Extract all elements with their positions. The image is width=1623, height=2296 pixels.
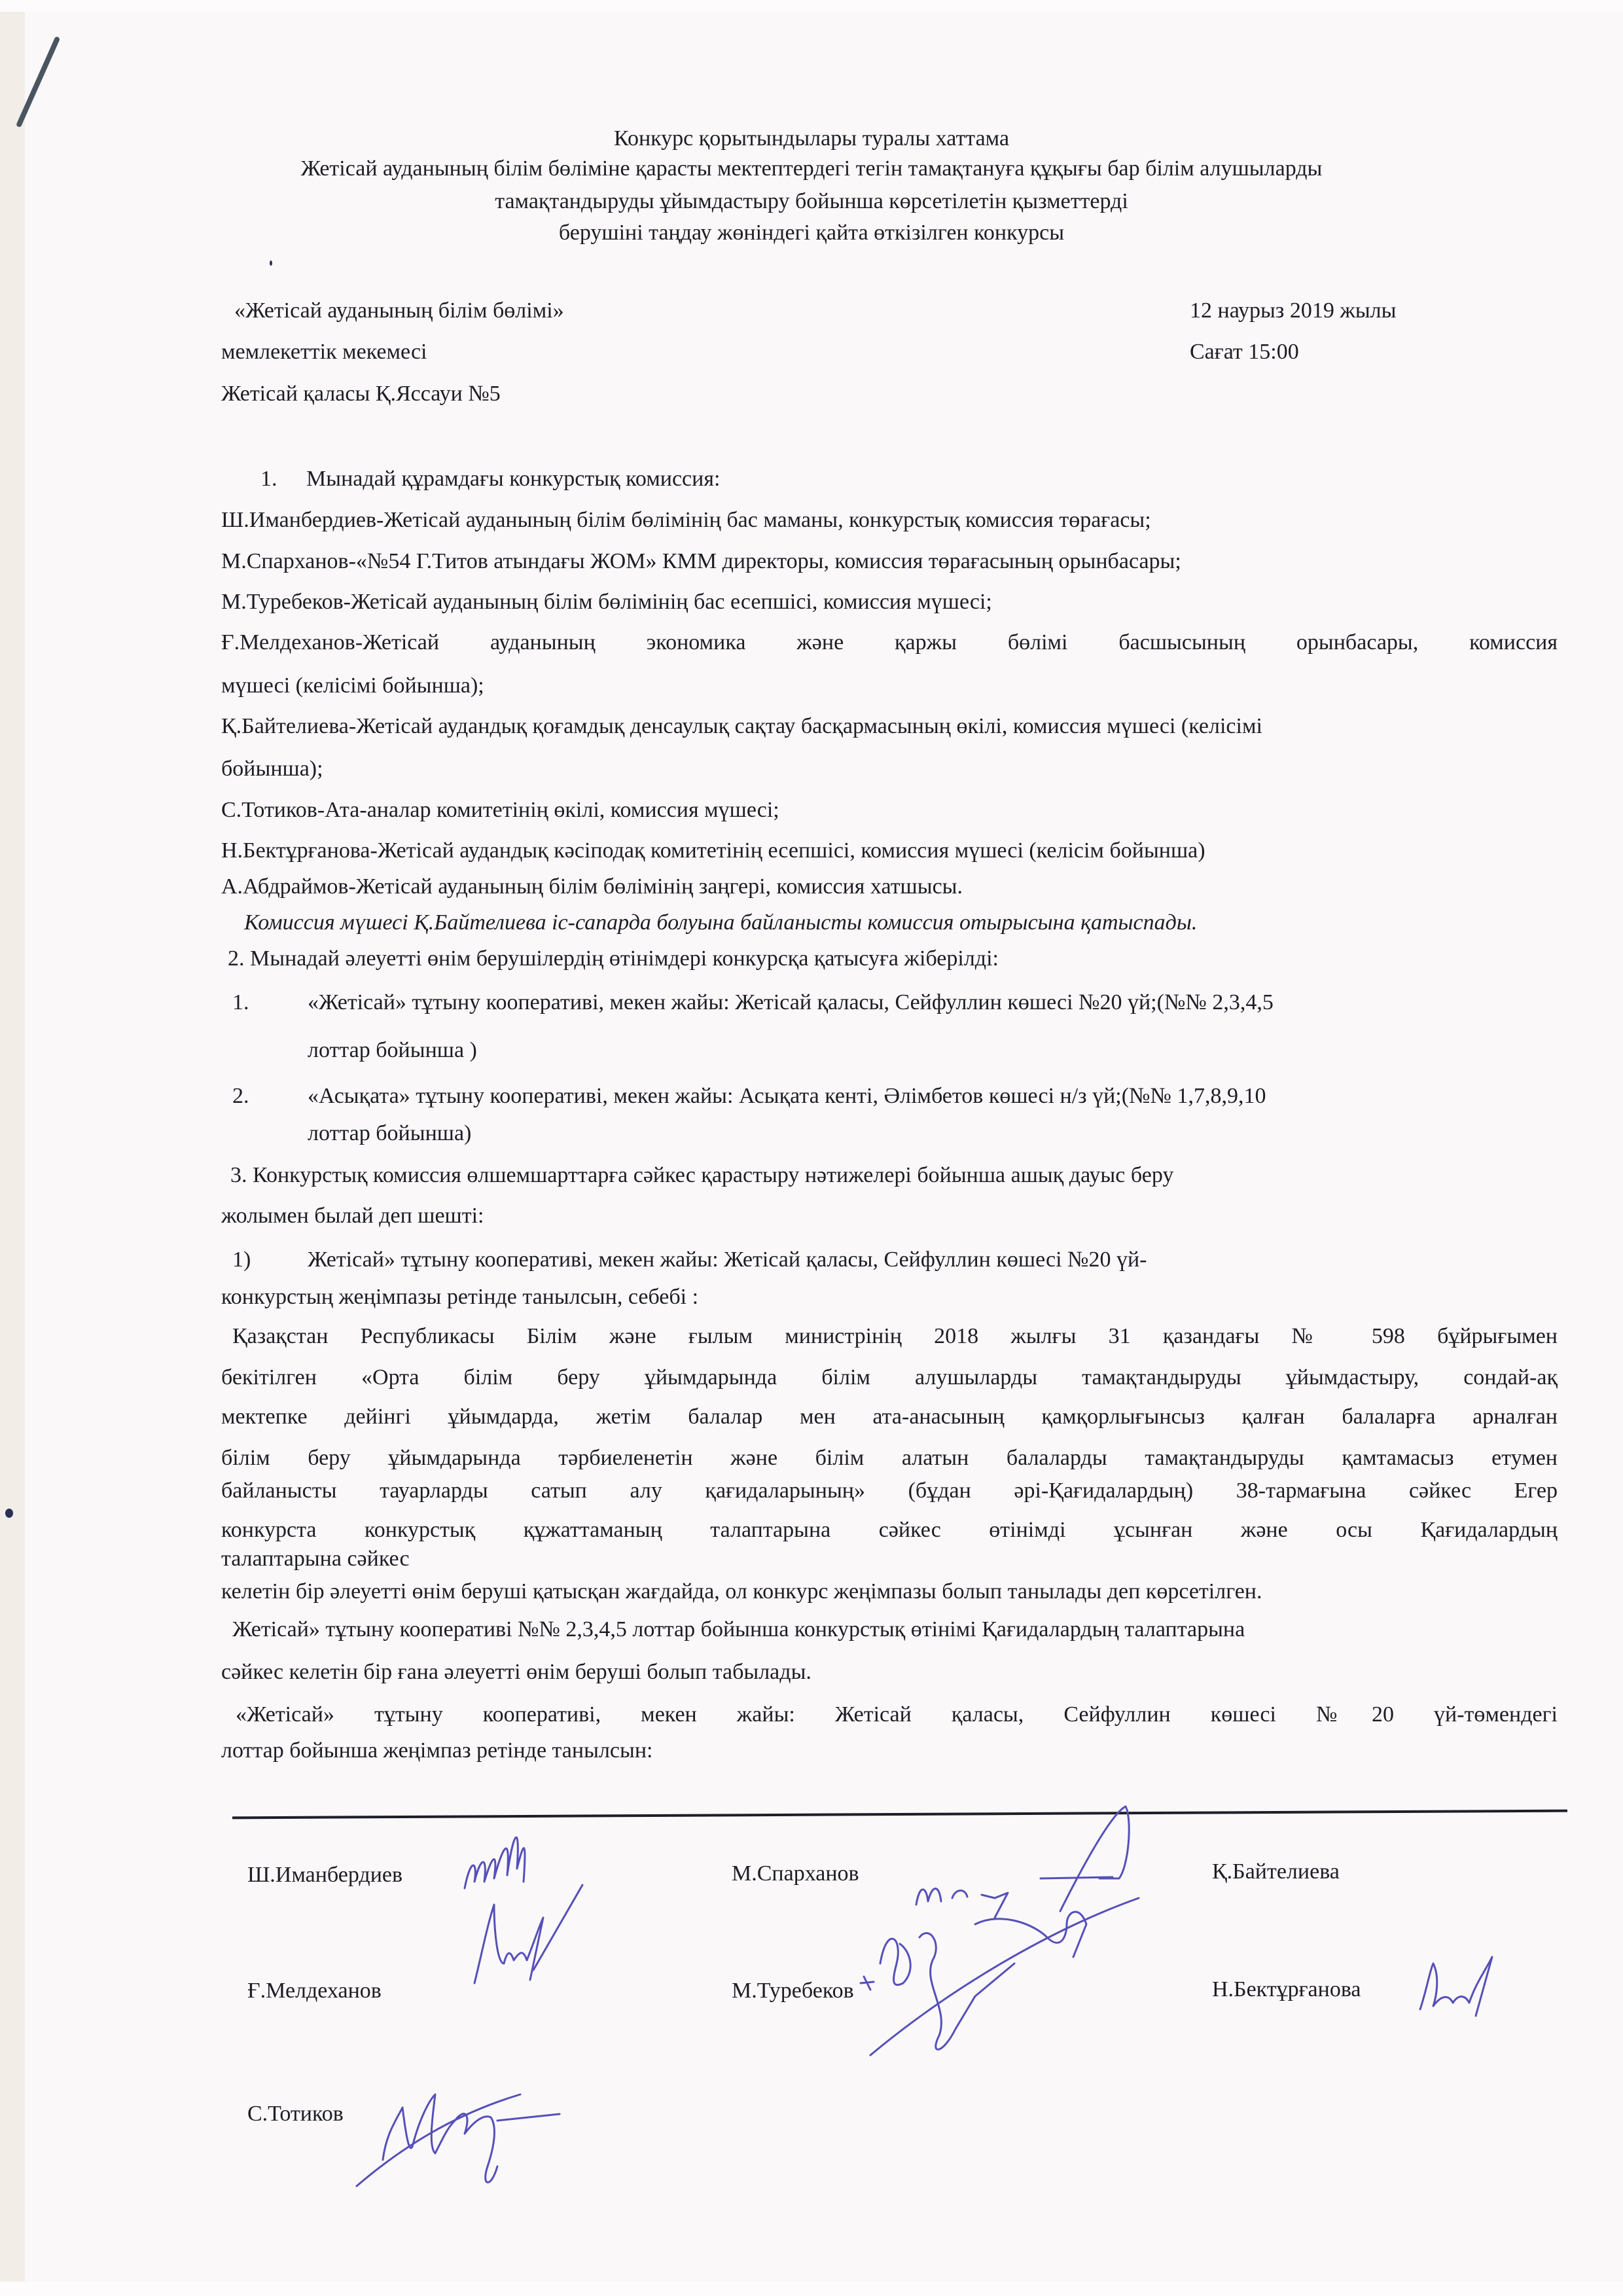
legal-basis-line-5: байланысты тауарларды сатып алу қағидала…	[221, 1478, 1558, 1504]
signature-divider	[232, 1810, 1567, 1820]
signatory-name-imanberdiev: Ш.Иманбердиев	[247, 1862, 402, 1888]
signature-bekturganova-icon	[1414, 1957, 1499, 2032]
sole-bidder-line-2: сәйкес келетін бір ғана әлеуетті өнім бе…	[221, 1659, 811, 1685]
document-title: Конкурс қорытындылары туралы хаттама	[0, 126, 1623, 152]
commission-member-6: С.Тотиков-Ата-аналар комитетінің өкілі, …	[221, 797, 779, 823]
commission-member-7: Н.Бектұрғанова-Жетісай аудандық кәсіпода…	[221, 838, 1205, 864]
ink-speck	[5, 1509, 13, 1518]
signatory-name-turebekov: М.Туребеков	[732, 1978, 854, 2004]
legal-basis-line-7: талаптарына сәйкес	[221, 1546, 410, 1572]
scan-page-edge	[0, 0, 25, 2296]
document-subtitle-line-2: тамақтандыруды ұйымдастыру бойынша көрсе…	[0, 188, 1623, 215]
commission-member-5-line-1: Қ.Байтелиева-Жетісай аудандық қоғамдық д…	[221, 713, 1262, 740]
legal-basis-line-2: бекітілген «Орта білім беру ұйымдарында …	[221, 1365, 1558, 1391]
signatory-name-bekturganova: Н.Бектұрғанова	[1212, 1977, 1361, 2003]
commission-member-5-line-2: бойынша);	[221, 756, 323, 782]
org-name: «Жетісай ауданының білім бөлімі»	[234, 298, 564, 324]
signatory-name-meldekhanov: Ғ.Мелдеханов	[247, 1978, 382, 2004]
section-3-line-1: 3. Конкурстық комиссия өлшемшарттарға сә…	[230, 1162, 1173, 1189]
winner-line-2: лоттар бойынша жеңімпаз ретінде танылсын…	[221, 1738, 652, 1764]
commission-member-4-line-2: мүшесі (келісімі бойынша);	[221, 673, 484, 699]
legal-basis-line-8: келетін бір әлеуетті өнім беруші қатысқа…	[221, 1579, 1262, 1605]
commission-member-2: М.Спарханов-«№54 Г.Титов атындағы ЖОМ» К…	[221, 548, 1181, 575]
document-subtitle-line-1: Жетісай ауданының білім бөліміне қарасты…	[0, 156, 1623, 182]
bidder-1-line-1: «Жетісай» тұтыну кооперативі, мекен жайы…	[243, 990, 1274, 1016]
signatory-name-baitelieva: Қ.Байтелиева	[1212, 1859, 1340, 1885]
meeting-time: Сағат 15:00	[1190, 339, 1299, 365]
signature-totikov-icon	[350, 2081, 632, 2189]
commission-member-3: М.Туребеков-Жетісай ауданының білім бөлі…	[221, 589, 992, 615]
section-1-number: 1.	[260, 466, 277, 492]
bidder-1-line-2: лоттар бойынша )	[243, 1037, 477, 1064]
legal-basis-line-6: конкурста конкурстық құжаттаманың талапт…	[221, 1517, 1558, 1543]
signature-turebekov-icon	[851, 1898, 1191, 2072]
legal-basis-line-4: білім беру ұйымдарында тәрбиеленетін жән…	[221, 1445, 1558, 1471]
org-type: мемлекеттік мекемесі	[221, 339, 427, 365]
winner-line-1: «Жетісай» тұтыну кооперативі, мекен жайы…	[236, 1702, 1558, 1728]
legal-basis-line-3: мектепке дейінгі ұйымдарда, жетім балала…	[221, 1404, 1558, 1430]
org-address: Жетісай қаласы Қ.Яссауи №5	[221, 381, 501, 407]
bidder-2-line-2: лоттар бойынша)	[243, 1121, 471, 1147]
ink-speck	[270, 260, 272, 266]
section-2-heading: 2. Мынадай әлеуетті өнім берушілердің өт…	[228, 946, 999, 972]
absence-note: Комиссия мүшесі Қ.Байтелиева іс-сапарда …	[244, 910, 1197, 936]
commission-member-1: Ш.Иманбердиев-Жетісай ауданының білім бө…	[221, 507, 1151, 533]
commission-secretary: А.Абдраймов-Жетісай ауданының білім бөлі…	[221, 874, 963, 900]
commission-member-4-line-1: Ғ.Мелдеханов-Жетісай ауданының экономика…	[221, 630, 1558, 656]
decision-1-line-2: конкурстың жеңімпазы ретінде танылсын, с…	[221, 1284, 698, 1310]
signatory-name-sparkhanov: М.Спарханов	[732, 1861, 859, 1887]
section-3-line-2: жолымен былай деп шешті:	[221, 1203, 484, 1229]
sole-bidder-line-1: Жетісай» тұтыну кооперативі №№ 2,3,4,5 л…	[232, 1617, 1245, 1643]
decision-1-line-1: Жетісай» тұтыну кооперативі, мекен жайы:…	[243, 1247, 1147, 1273]
document-subtitle-line-3: берушіні таңдау жөніндегі қайта өткізілг…	[0, 220, 1623, 246]
section-1-heading: Мынадай құрамдағы конкурстық комиссия:	[306, 466, 720, 492]
legal-basis-line-1: Қазақстан Республикасы Білім және ғылым …	[232, 1323, 1558, 1350]
signature-meldekhanov-icon	[468, 1885, 599, 1993]
meeting-date: 12 наурыз 2019 жылы	[1190, 298, 1396, 324]
bidder-2-line-1: «Асықата» тұтыну кооперативі, мекен жайы…	[243, 1083, 1266, 1109]
scan-top-margin	[0, 0, 1623, 12]
signatory-name-totikov: С.Тотиков	[247, 2101, 344, 2127]
scan-bottom-margin	[0, 2282, 1623, 2296]
